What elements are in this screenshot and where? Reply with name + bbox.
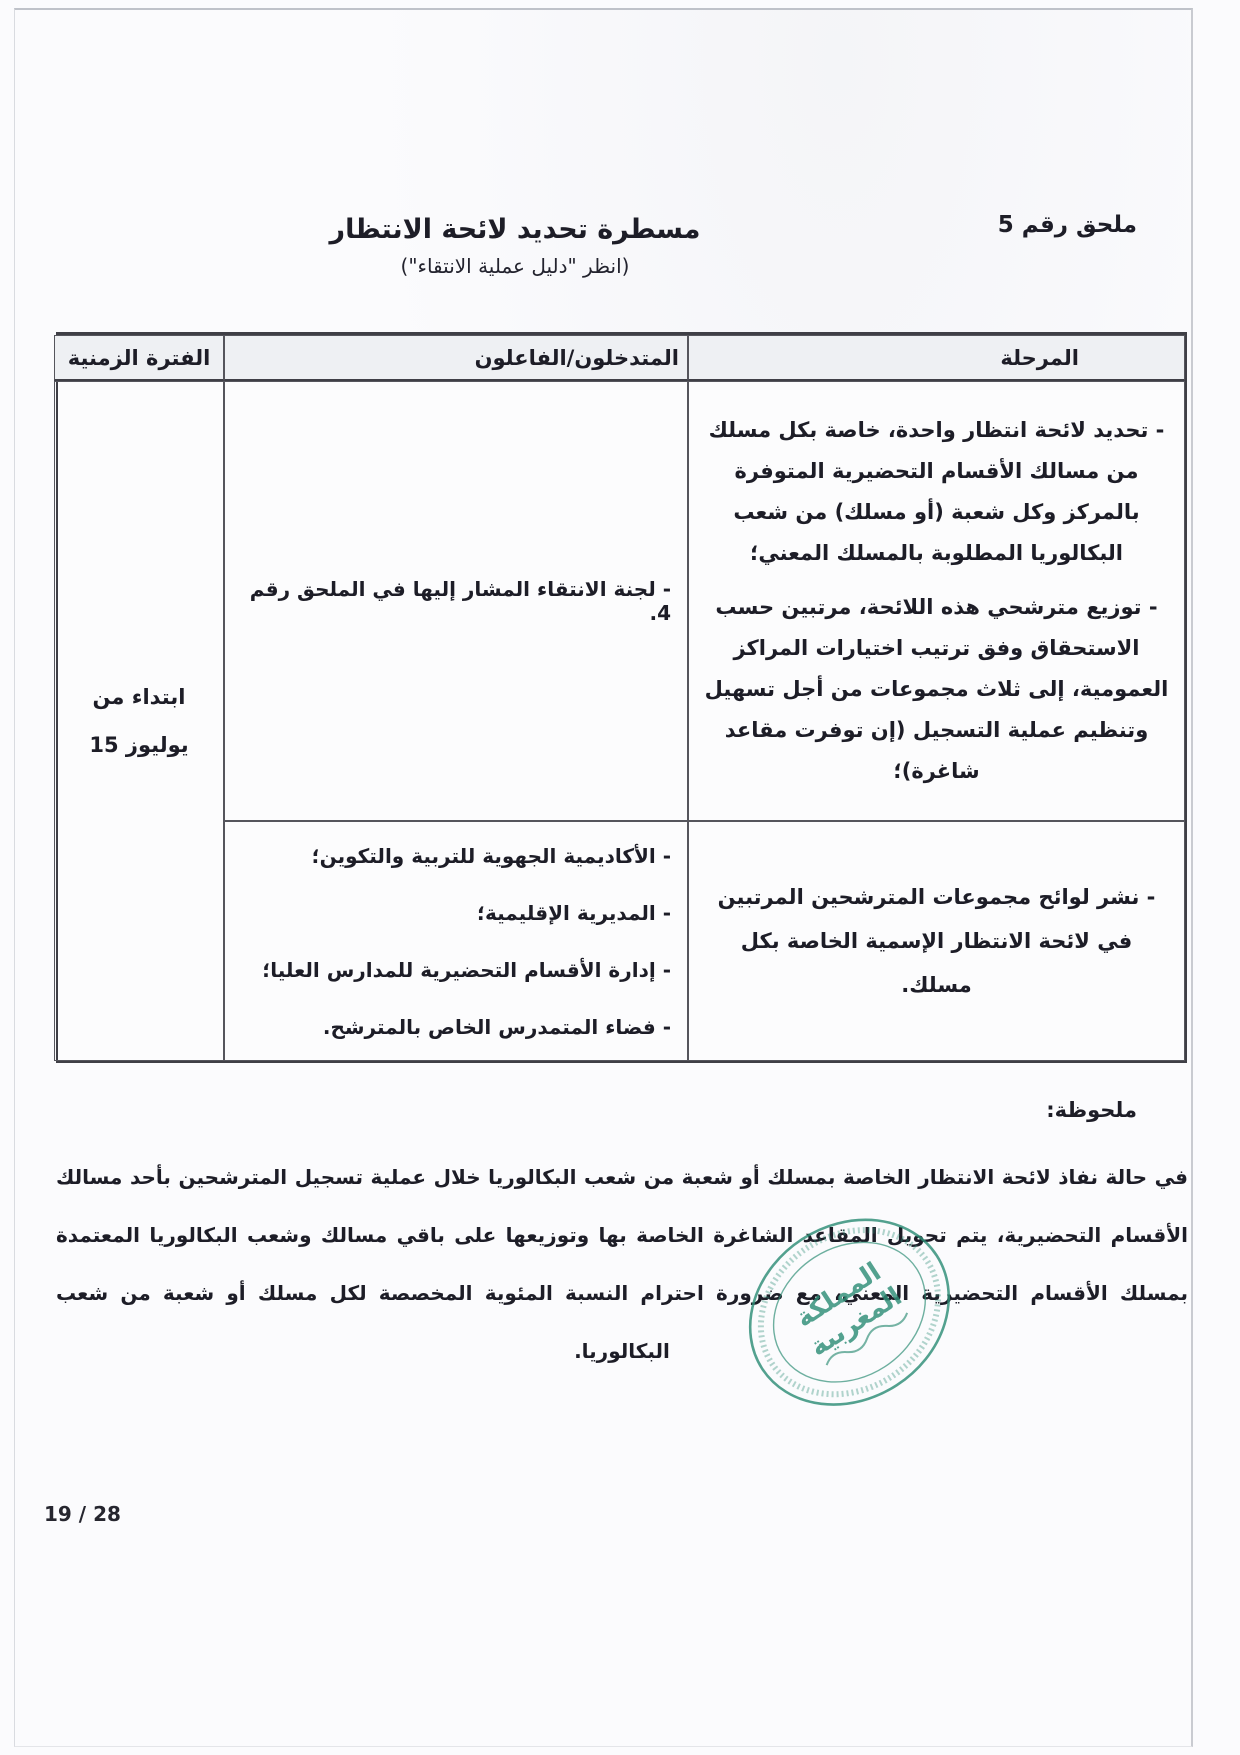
stage-cell-row1: - تحديد لائحة انتظار واحدة، خاصة بكل مسل… [688, 381, 1185, 821]
document-page: ملحق رقم 5 مسطرة تحديد لائحة الانتظار (ا… [0, 0, 1240, 1755]
note-body: في حالة نفاذ لائحة الانتظار الخاصة بمسلك… [56, 1148, 1188, 1380]
stage-bullet: - توزيع مترشحي هذه اللائحة، مرتبين حسب ا… [703, 587, 1170, 792]
period-cell: ابتداء من 15 يوليوز [54, 381, 224, 1061]
page-number: 19 / 28 [44, 1502, 121, 1526]
column-header-period: الفترة الزمنية [54, 335, 224, 381]
actors-item: - المديرية الإقليمية؛ [225, 898, 671, 928]
page-title: مسطرة تحديد لائحة الانتظار [290, 214, 740, 245]
actors-item: - الأكاديمية الجهوية للتربية والتكوين؛ [225, 841, 671, 871]
stage-cell-row2: - نشر لوائح مجموعات المترشحين المرتبين ف… [688, 821, 1185, 1061]
actors-cell-row2: - الأكاديمية الجهوية للتربية والتكوين؛ -… [224, 821, 688, 1061]
column-header-actors: المتدخلون/الفاعلون [224, 335, 688, 381]
stage-bullet: - تحديد لائحة انتظار واحدة، خاصة بكل مسل… [703, 410, 1170, 574]
actors-item: - إدارة الأقسام التحضيرية للمدارس العليا… [225, 955, 671, 985]
actors-item: - فضاء المتمدرس الخاص بالمترشح. [225, 1012, 671, 1042]
annex-label: ملحق رقم 5 [998, 212, 1137, 238]
period-line-start: ابتداء من [93, 685, 186, 709]
waiting-list-procedure-table: المرحلة المتدخلون/الفاعلون الفترة الزمني… [56, 332, 1187, 1063]
note-heading: ملحوظة: [1046, 1098, 1137, 1122]
actors-item: - لجنة الانتقاء المشار إليها في الملحق ر… [225, 577, 671, 625]
title-block: مسطرة تحديد لائحة الانتظار (انظر "دليل ع… [290, 214, 740, 278]
period-line-date: 15 يوليوز [89, 733, 188, 757]
stage-bullet: - نشر لوائح مجموعات المترشحين المرتبين ف… [705, 875, 1168, 1007]
page-subtitle: (انظر "دليل عملية الانتقاء") [290, 254, 740, 278]
actors-cell-row1: - لجنة الانتقاء المشار إليها في الملحق ر… [224, 381, 688, 821]
column-header-stage: المرحلة [688, 335, 1185, 381]
